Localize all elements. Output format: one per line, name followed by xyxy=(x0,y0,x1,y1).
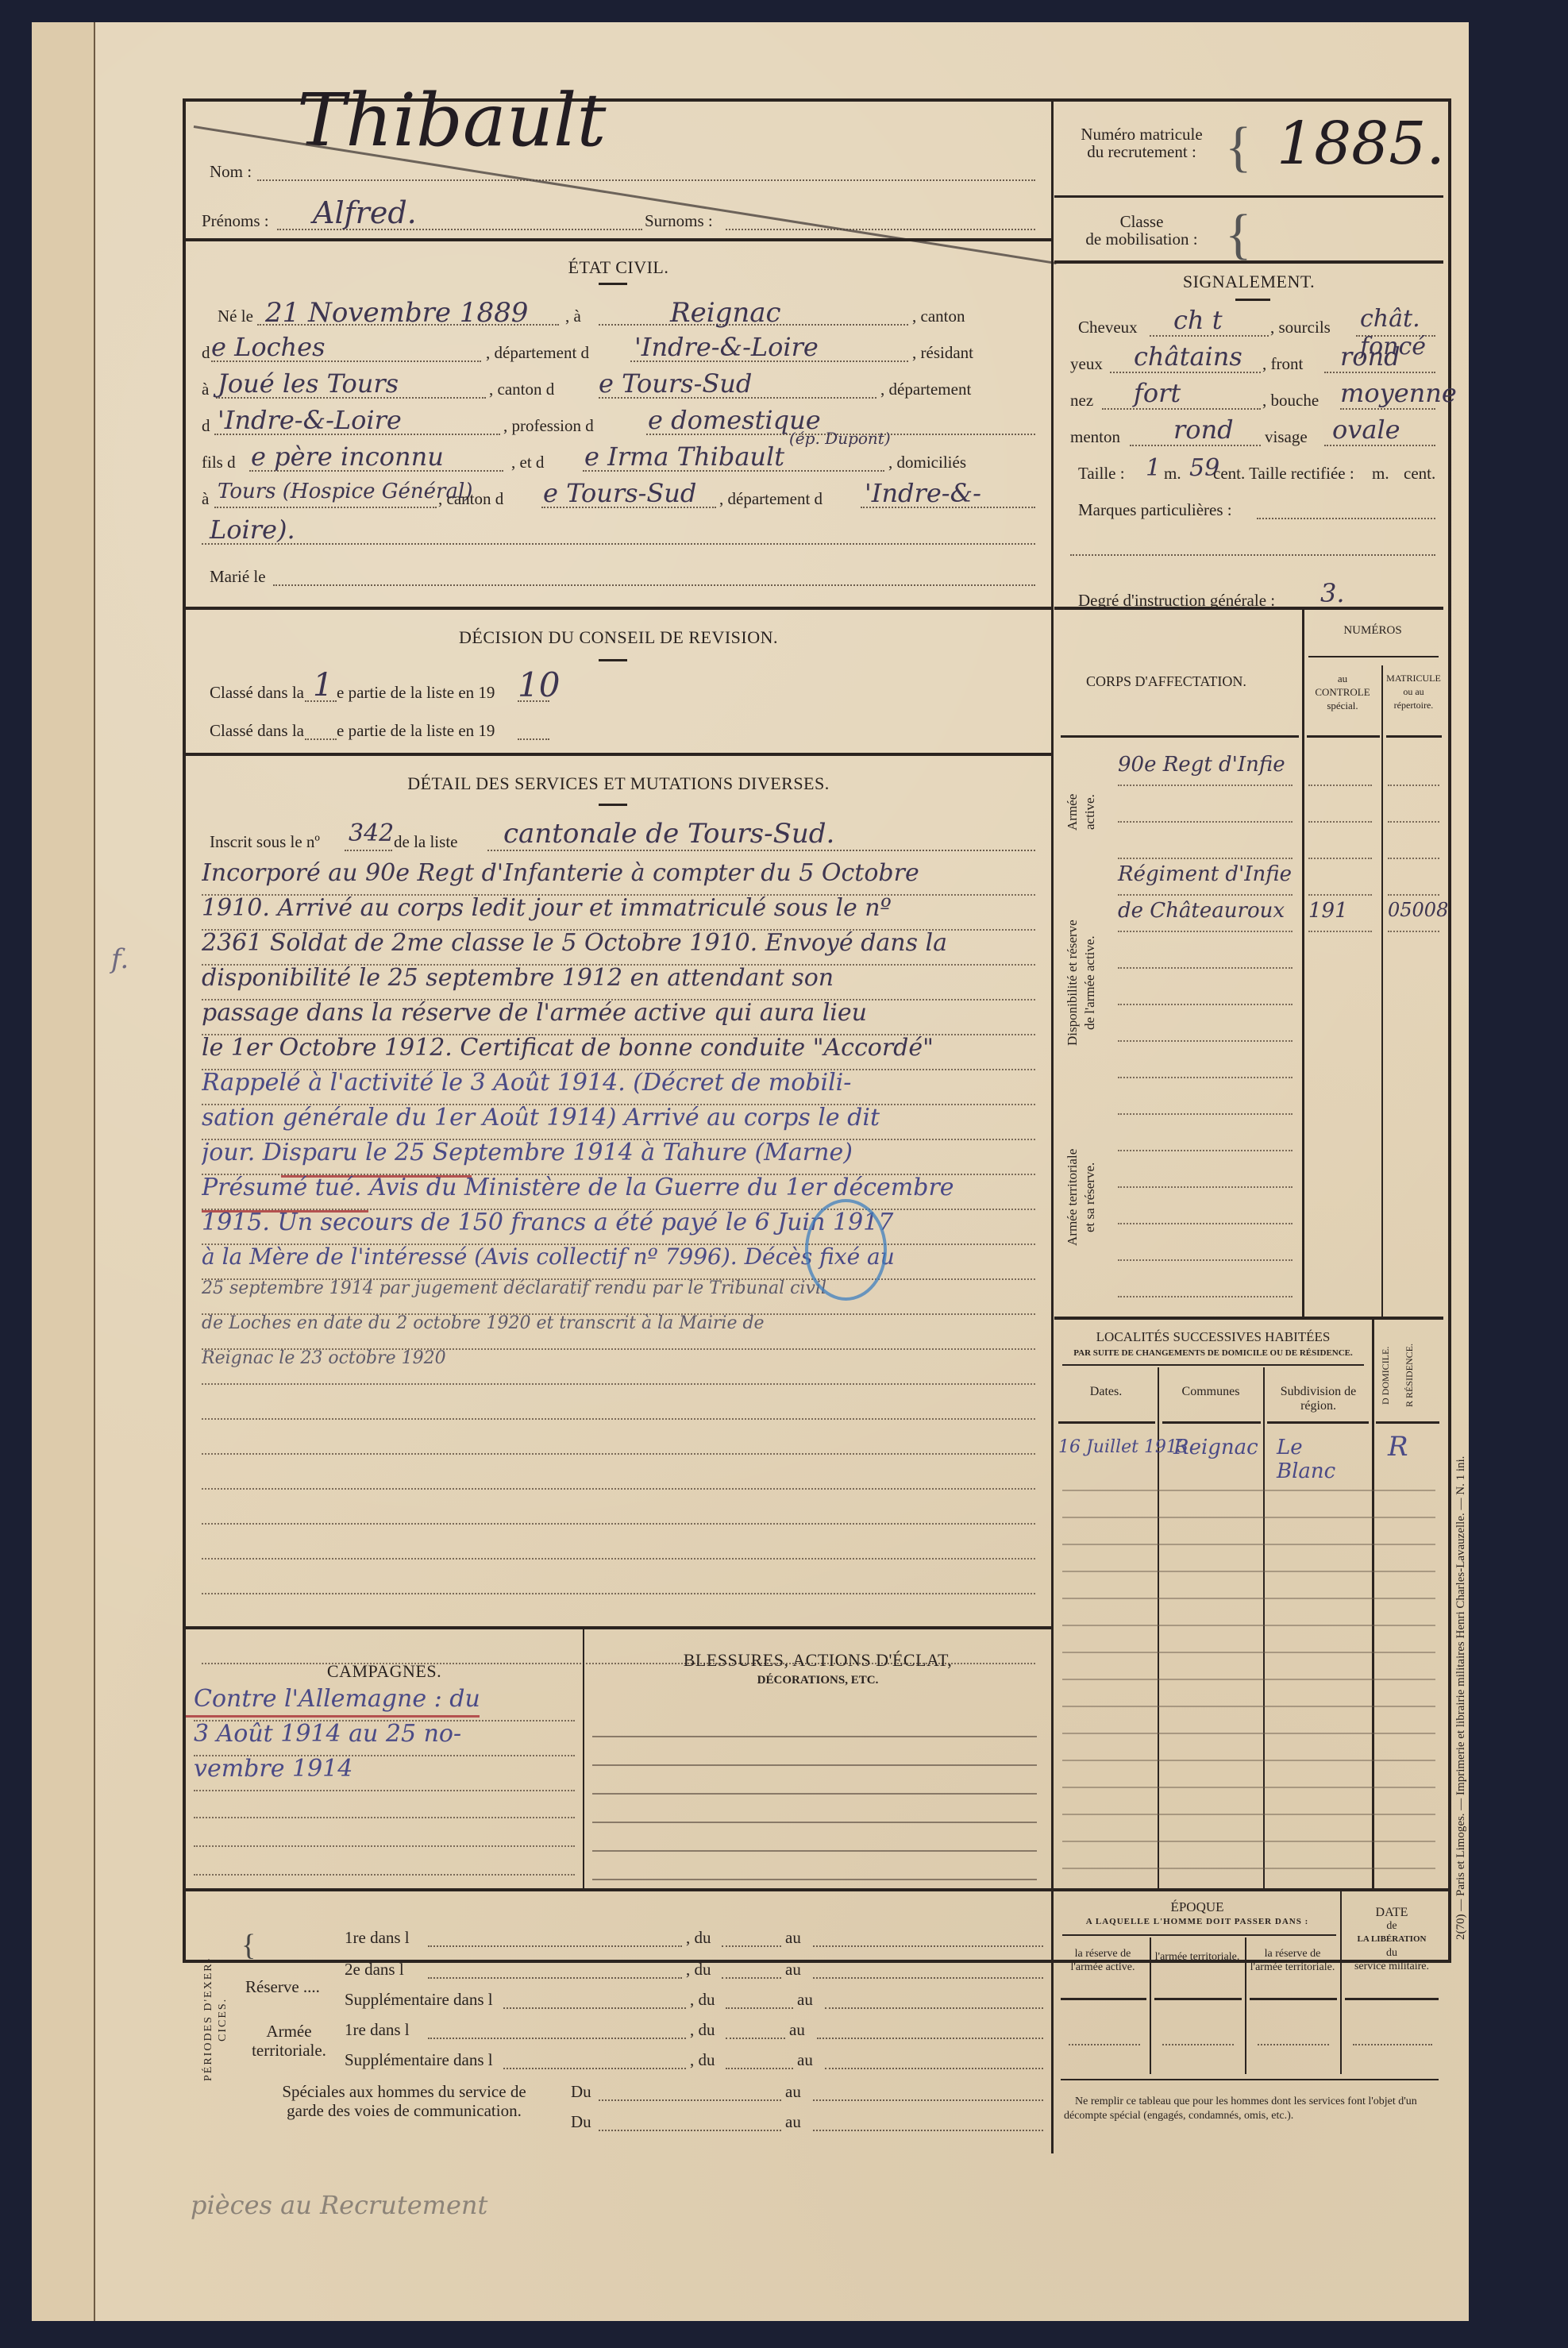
col-residence: R RÉSIDENCE. xyxy=(1404,1328,1416,1423)
date-liberation-header: DATE de LA LIBÉRATION du service militai… xyxy=(1343,1906,1440,1973)
service-line: 2361 Soldat de 2me classe le 5 Octobre 1… xyxy=(202,929,1035,966)
decision-title: DÉCISION DU CONSEIL DE REVISION. xyxy=(186,627,1051,648)
domicile-departement-cont: Loire). xyxy=(210,515,295,545)
form-frame: Nom : Thibault Prénoms : Alfred. Surnoms… xyxy=(183,98,1451,1963)
territoriale-t2-du: , du xyxy=(690,2050,715,2070)
margin-note-bottom: pièces au Recrutement xyxy=(191,2190,487,2220)
localite-dr: R xyxy=(1388,1431,1408,1463)
canton3-label: , canton d xyxy=(438,489,503,509)
ne-le-label: Né le xyxy=(218,307,253,326)
marques-label: Marques particulières : xyxy=(1078,500,1232,520)
speciales-l1: Spéciales aux hommes du service de xyxy=(245,2082,563,2101)
epoque-col2: l'armée territoriale. xyxy=(1153,1950,1242,1964)
reserve-r1-du: , du xyxy=(686,1928,711,1948)
classe-row2-mid: e partie de la liste en 19 xyxy=(337,721,495,741)
epoque-title: ÉPOQUE xyxy=(1054,1899,1340,1915)
date-l2: de xyxy=(1343,1919,1440,1933)
red-underline-campagne xyxy=(186,1715,480,1718)
territoriale-t1-label: 1re dans l xyxy=(345,2020,410,2040)
yeux-label: yeux xyxy=(1070,354,1103,374)
localite-commune: Reignac xyxy=(1173,1436,1261,1459)
canton-label: , canton xyxy=(912,307,965,326)
service-line: 25 septembre 1914 par jugement déclarati… xyxy=(202,1278,1035,1315)
departement2-label: , département xyxy=(880,380,971,399)
blessures-title: BLESSURES, ACTIONS D'ÉCLAT, xyxy=(584,1650,1051,1671)
visage-value: ovale xyxy=(1332,414,1400,445)
header-identity: Nom : Thibault Prénoms : Alfred. Surnoms… xyxy=(186,102,1051,237)
domicilies-label: , domiciliés xyxy=(888,453,966,472)
a3-label: à xyxy=(202,489,209,509)
bouche-value: moyenne xyxy=(1340,378,1457,408)
a2-label: à xyxy=(202,380,209,399)
residence-departement-value: 'Indre-&-Loire xyxy=(218,405,402,435)
residant-label: , résidant xyxy=(912,343,973,363)
corps-entry: 90e Regt d'Infie xyxy=(1118,753,1293,786)
matricule-label-1: Numéro matricule xyxy=(1062,125,1221,143)
col-matricule-l2: ou au xyxy=(1384,685,1443,699)
col-matricule-l3: répertoire. xyxy=(1384,699,1443,712)
classe-row1-mid: e partie de la liste en 19 xyxy=(337,683,495,703)
col-controle-l3: spécial. xyxy=(1304,699,1381,712)
service-line-disparu: jour. Disparu le 25 Septembre 1914 à Tah… xyxy=(202,1139,1035,1175)
printer-imprint: 2(70) — Paris et Limoges. — Imprimerie e… xyxy=(1454,1221,1468,2174)
periodes-section xyxy=(186,1891,1051,1960)
section-territoriale: Armée territorialeet sa réserve. xyxy=(1064,1102,1099,1293)
reserve-r1-au: au xyxy=(785,1928,801,1948)
date-l4: du xyxy=(1343,1946,1440,1960)
reserve-r2-au: au xyxy=(785,1960,801,1980)
territoriale-label: Armée territoriale. xyxy=(245,2022,333,2060)
page-gutter xyxy=(32,22,95,2321)
reserve-r3-du: , du xyxy=(690,1990,715,2010)
col-subdivision: Subdivision de région. xyxy=(1265,1385,1372,1413)
service-line: à la Mère de l'intéressé (Avis collectif… xyxy=(202,1243,1035,1280)
matricule-number: 05008 xyxy=(1388,899,1439,932)
birth-place-value: Reignac xyxy=(670,297,781,329)
taille-m-value: 1 xyxy=(1146,454,1161,482)
corps-entry: Régiment d'Infie xyxy=(1118,862,1293,896)
matricule-label-2: du recrutement : xyxy=(1062,143,1221,160)
domicile-canton-value: e Tours-Sud xyxy=(543,478,696,508)
profession-label: , profession d xyxy=(503,416,594,436)
yeux-value: châtains xyxy=(1134,341,1242,372)
service-line-empty xyxy=(202,1523,1035,1560)
campagnes-section: CAMPAGNES. Contre l'Allemagne : du 3 Aoû… xyxy=(186,1629,583,1888)
col-dates: Dates. xyxy=(1054,1385,1158,1399)
territoriale-l2: territoriale. xyxy=(245,2041,333,2060)
campagnes-title: CAMPAGNES. xyxy=(186,1661,583,1682)
periodes-side-label: PÉRIODES D'EXER-CICES. xyxy=(202,1928,230,2111)
territoriale-t1-du: , du xyxy=(690,2020,715,2040)
territoriale-l1: Armée xyxy=(245,2022,333,2041)
service-line: Incorporé au 90e Regt d'Infanterie à com… xyxy=(202,859,1035,896)
service-line: Rappelé à l'activité le 3 Août 1914. (Dé… xyxy=(202,1069,1035,1105)
service-line-empty xyxy=(202,1383,1035,1420)
speciales-au1: au xyxy=(785,2082,801,2102)
blue-circle-mark xyxy=(805,1199,887,1301)
section-dispo-l1: Disponibilité et réserve xyxy=(1065,920,1080,1047)
prenoms-label: Prénoms : xyxy=(202,211,269,231)
birth-departement-value: 'Indre-&-Loire xyxy=(634,332,819,362)
prenoms-value: Alfred. xyxy=(313,195,417,230)
cheveux-label: Cheveux xyxy=(1078,318,1138,337)
menton-label: menton xyxy=(1070,427,1120,447)
et-de-label: , et d xyxy=(511,453,544,472)
periodes-label-l1: PÉRIODES D'EXER- xyxy=(202,1957,214,2081)
liste-label: de la liste xyxy=(394,832,457,852)
epoque-note: Ne remplir ce tableau que pour les homme… xyxy=(1064,2095,1437,2123)
localites-subtitle: PAR SUITE DE CHANGEMENTS DE DOMICILE OU … xyxy=(1054,1348,1372,1358)
col-communes: Communes xyxy=(1159,1385,1262,1399)
taille-label: Taille : xyxy=(1078,464,1125,484)
d3-label: d xyxy=(202,416,210,436)
section-disponibilite: Disponibilité et réservede l'armée activ… xyxy=(1064,880,1099,1086)
col-controle-header: au CONTROLE spécial. xyxy=(1304,672,1381,712)
front-label: , front xyxy=(1262,354,1303,374)
services-section: DÉTAIL DES SERVICES ET MUTATIONS DIVERSE… xyxy=(186,756,1051,1629)
territoriale-t1-au: au xyxy=(789,2020,805,2040)
fils-label: fils d xyxy=(202,453,236,472)
speciales-l2: garde des voies de communication. xyxy=(245,2101,563,2120)
signalement-title: SIGNALEMENT. xyxy=(1054,272,1443,292)
reserve-r3-au: au xyxy=(797,1990,813,2010)
reserve-r1-label: 1re dans l xyxy=(345,1928,410,1948)
front-value: rond xyxy=(1340,341,1400,372)
blessures-ruled-lines xyxy=(592,1709,1037,1883)
service-line-empty xyxy=(202,1453,1035,1490)
mother-value: e Irma Thibault xyxy=(584,441,784,472)
speciales-du2: Du xyxy=(571,2112,591,2132)
visage-label: visage xyxy=(1265,427,1308,447)
blessures-subtitle: DÉCORATIONS, ETC. xyxy=(584,1674,1051,1687)
classe-row1-prefix: Classé dans la xyxy=(210,683,304,703)
m2-label: m. xyxy=(1372,464,1389,484)
date-l1: DATE xyxy=(1343,1906,1440,1919)
liste-value: cantonale de Tours-Sud. xyxy=(503,818,834,850)
cent2-label: cent. xyxy=(1404,464,1435,484)
speciales-label: Spéciales aux hommes du service de garde… xyxy=(245,2082,563,2120)
degre-value: 3. xyxy=(1320,578,1345,608)
classe-label-2: de mobilisation : xyxy=(1062,230,1221,248)
speciales-au2: au xyxy=(785,2112,801,2132)
section-terr-l1: Armée territoriale xyxy=(1065,1149,1080,1246)
etat-civil-title: ÉTAT CIVIL. xyxy=(186,257,1051,278)
service-line: 1915. Un secours de 150 francs a été pay… xyxy=(202,1209,1035,1245)
register-page: f. pièces au Recrutement 2(70) — Paris e… xyxy=(32,22,1469,2321)
canton2-label: , canton d xyxy=(489,380,554,399)
departement3-label: , département d xyxy=(719,489,823,509)
territoriale-t2-label: Supplémentaire dans l xyxy=(345,2050,493,2070)
section-dispo-l2: de l'armée active. xyxy=(1082,936,1097,1031)
classe-row2-prefix: Classé dans la xyxy=(210,721,304,741)
classe-row1-partie: 1 xyxy=(313,667,333,704)
reserve-label: Réserve .... xyxy=(245,1977,320,1997)
cent-label: cent. Taille rectifiée : xyxy=(1213,464,1354,484)
d-label: d xyxy=(202,343,210,363)
corps-title: CORPS D'AFFECTATION. xyxy=(1086,673,1246,690)
father-value: e père inconnu xyxy=(251,441,444,472)
corps-entry: de Châteauroux xyxy=(1118,899,1293,932)
etat-civil-section: ÉTAT CIVIL. Né le 21 Novembre 1889 , à R… xyxy=(186,241,1051,603)
nom-label: Nom : xyxy=(210,162,252,182)
epoque-col1: la réserve de l'armée active. xyxy=(1058,1947,1147,1974)
service-line: disponibilité le 25 septembre 1912 en at… xyxy=(202,964,1035,1001)
decision-section: DÉCISION DU CONSEIL DE REVISION. Classé … xyxy=(186,610,1051,753)
mother-note: (ép. Dupont) xyxy=(789,429,891,448)
birth-date-value: 21 Novembre 1889 xyxy=(265,297,528,329)
campagne-line: vembre 1914 xyxy=(194,1755,575,1791)
reserve-r2-du: , du xyxy=(686,1960,711,1980)
services-title: DÉTAIL DES SERVICES ET MUTATIONS DIVERSE… xyxy=(186,773,1051,794)
service-line: Reignac le 23 octobre 1920 xyxy=(202,1348,1035,1385)
service-line: Présumé tué. Avis du Ministère de la Gue… xyxy=(202,1174,1035,1210)
birth-canton-value: e Loches xyxy=(211,332,326,362)
service-line-empty xyxy=(202,1488,1035,1525)
campagne-line: 3 Août 1914 au 25 no- xyxy=(194,1720,575,1756)
date-l3: LA LIBÉRATION xyxy=(1343,1933,1440,1946)
numeros-title: NUMÉROS xyxy=(1302,624,1443,638)
localites-ruled-lines xyxy=(1062,1464,1435,1877)
a-label: , à xyxy=(565,307,581,326)
cheveux-value: ch t xyxy=(1173,305,1223,335)
periodes-label-l2: CICES. xyxy=(217,1997,229,2041)
epoque-col3: la réserve de l'armée territoriale. xyxy=(1248,1947,1337,1974)
residence-value: Joué les Tours xyxy=(218,368,399,399)
residence-canton-value: e Tours-Sud xyxy=(599,368,752,399)
matricule-value: 1885. xyxy=(1277,110,1445,178)
col-controle-l2: CONTROLE xyxy=(1304,685,1381,699)
marie-label: Marié le xyxy=(210,567,266,587)
localite-date: 16 Juillet 1913 xyxy=(1058,1437,1157,1457)
date-l5: service militaire. xyxy=(1343,1960,1440,1973)
reserve-r2-label: 2e dans l xyxy=(345,1960,404,1980)
service-line-empty xyxy=(202,1418,1035,1455)
bouche-label: , bouche xyxy=(1262,391,1319,411)
margin-note-left: f. xyxy=(111,943,129,975)
inscrit-label: Inscrit sous le nº xyxy=(210,832,320,852)
m-label: m. xyxy=(1164,464,1181,484)
menton-value: rond xyxy=(1173,414,1234,445)
domicile-departement-value: 'Indre-&- xyxy=(865,478,981,508)
inscrit-number: 342 xyxy=(349,819,394,847)
classe-row1-year: 10 xyxy=(518,665,560,704)
corps-affectation-section: CORPS D'AFFECTATION. NUMÉROS au CONTROLE… xyxy=(1054,610,1443,1317)
section-terr-l2: et sa réserve. xyxy=(1082,1162,1097,1232)
controle-number: 191 xyxy=(1308,899,1372,932)
service-line: le 1er Octobre 1912. Certificat de bonne… xyxy=(202,1034,1035,1070)
reserve-r3-label: Supplémentaire dans l xyxy=(345,1990,493,2010)
section-active-l2: active. xyxy=(1082,795,1097,831)
service-line: sation générale du 1er Août 1914) Arrivé… xyxy=(202,1104,1035,1140)
localites-section: LOCALITÉS SUCCESSIVES HABITÉES PAR SUITE… xyxy=(1054,1320,1443,1891)
service-line: 1910. Arrivé au corps ledit jour et imma… xyxy=(202,894,1035,931)
service-line: de Loches en date du 2 octobre 1920 et t… xyxy=(202,1313,1035,1350)
col-controle-l1: au xyxy=(1304,672,1381,685)
blessures-section: BLESSURES, ACTIONS D'ÉCLAT, DÉCORATIONS,… xyxy=(584,1629,1051,1888)
col-matricule-l1: MATRICULE xyxy=(1384,672,1443,685)
service-line-empty xyxy=(202,1593,1035,1629)
domicile-value: Tours (Hospice Général) xyxy=(218,480,472,503)
service-line-empty xyxy=(202,1558,1035,1594)
speciales-du1: Du xyxy=(571,2082,591,2102)
surnoms-label: Surnoms : xyxy=(645,211,713,231)
localites-title: LOCALITÉS SUCCESSIVES HABITÉES xyxy=(1054,1329,1372,1345)
classe-label-1: Classe xyxy=(1062,213,1221,230)
section-armee-active: Arméeactive. xyxy=(1064,753,1099,872)
col-domicile: D DOMICILE. xyxy=(1380,1328,1392,1423)
nez-label: nez xyxy=(1070,391,1093,411)
section-active-l1: Armée xyxy=(1065,794,1080,831)
service-line: passage dans la réserve de l'armée activ… xyxy=(202,999,1035,1035)
epoque-subtitle: A LAQUELLE L'HOMME DOIT PASSER DANS : xyxy=(1054,1917,1340,1926)
territoriale-t2-au: au xyxy=(797,2050,813,2070)
sourcils-label: , sourcils xyxy=(1270,318,1331,337)
col-matricule-header: MATRICULE ou au répertoire. xyxy=(1384,672,1443,712)
departement-label: , département d xyxy=(486,343,589,363)
nez-value: fort xyxy=(1134,378,1181,408)
epoque-section: ÉPOQUE A LAQUELLE L'HOMME DOIT PASSER DA… xyxy=(1054,1891,1443,2153)
